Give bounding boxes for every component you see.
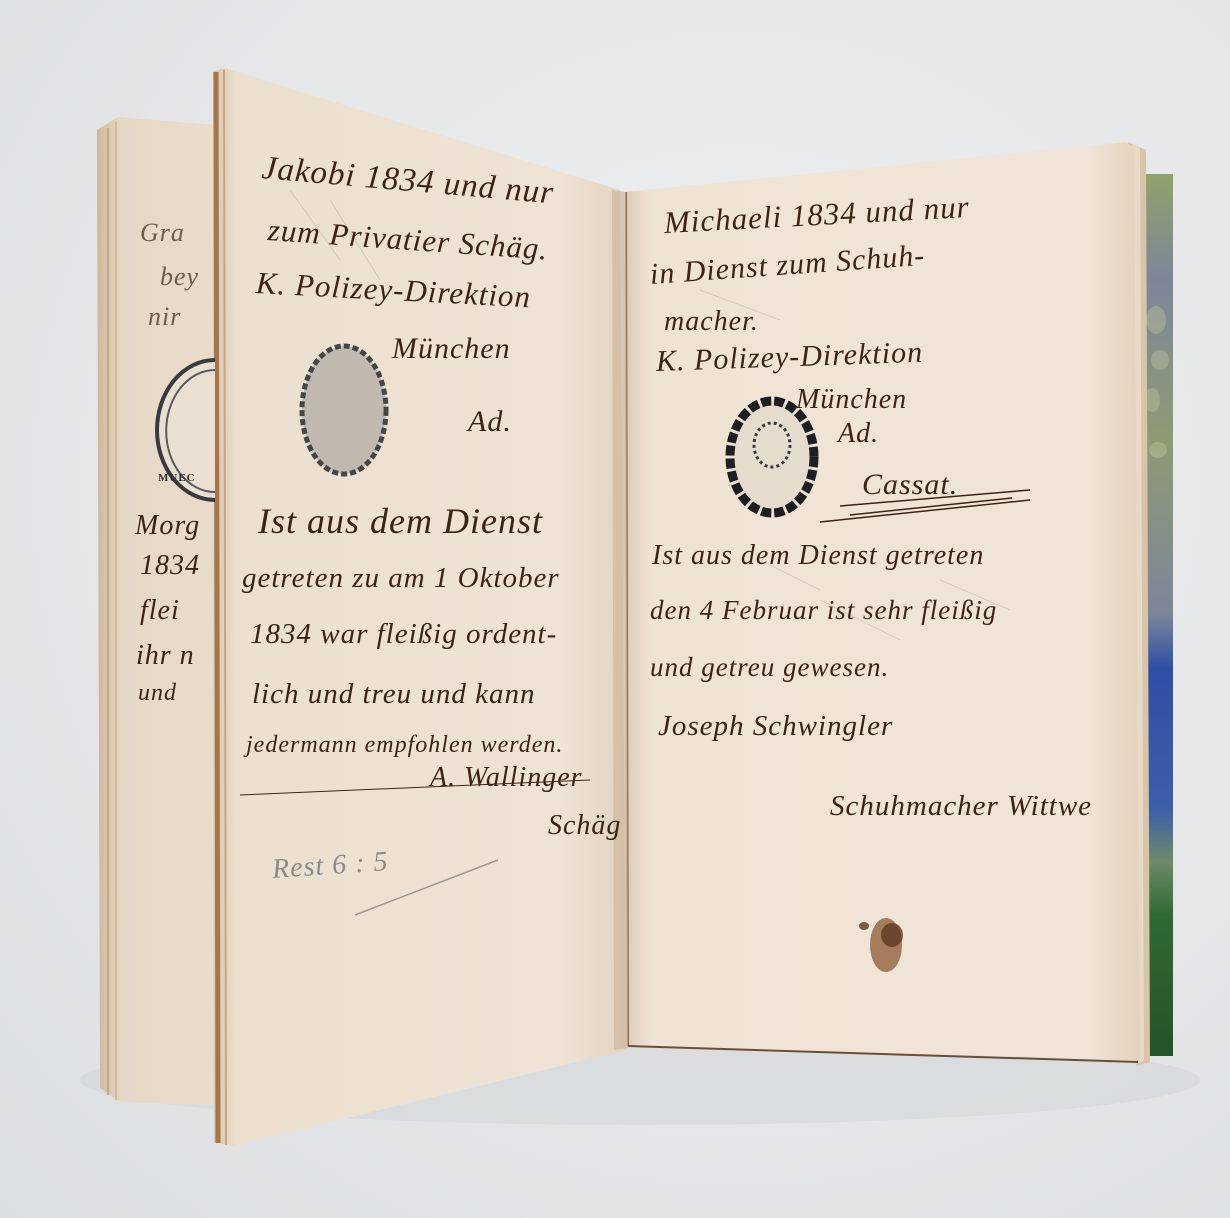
back-line: Morg — [135, 510, 200, 542]
entry-line: Ist aus dem Dienst — [258, 500, 543, 542]
back-line: flei — [140, 595, 180, 627]
entry-line: München — [392, 332, 511, 366]
entry-line: Ist aus dem Dienst getreten — [652, 540, 984, 572]
stamp-right-page — [730, 401, 814, 513]
entry-line: den 4 Februar ist sehr fleißig — [650, 595, 997, 626]
entry-line: München — [796, 384, 907, 416]
entry-line: jedermann empfohlen werden. — [246, 732, 563, 759]
cassat-mark: Cassat. — [862, 468, 958, 502]
back-line: bey — [160, 262, 199, 292]
entry-line: Ad. — [468, 405, 512, 439]
signature: Joseph Schwingler — [658, 710, 893, 743]
entry-line: 1834 war fleißig ordent- — [250, 618, 557, 651]
back-stamp-text: MUEC — [158, 472, 196, 484]
back-line: nir — [148, 302, 181, 332]
entry-line: und getreu gewesen. — [650, 652, 889, 683]
back-line: Gra — [140, 218, 185, 248]
back-line: und — [138, 680, 177, 707]
signature: A. Wallinger — [430, 762, 583, 794]
signature: Schuhmacher Wittwe — [830, 790, 1092, 823]
entry-line: Ad. — [838, 418, 879, 450]
entry-line: getreten zu am 1 Oktober — [242, 562, 560, 595]
back-line: 1834 — [140, 550, 200, 582]
book-illustration — [0, 0, 1230, 1218]
stamp-left-page — [302, 346, 386, 474]
signature: Schäg — [548, 810, 621, 842]
entry-line: macher. — [664, 306, 759, 338]
entry-line: lich und treu und kann — [252, 678, 536, 711]
back-line: ihr n — [136, 640, 195, 672]
